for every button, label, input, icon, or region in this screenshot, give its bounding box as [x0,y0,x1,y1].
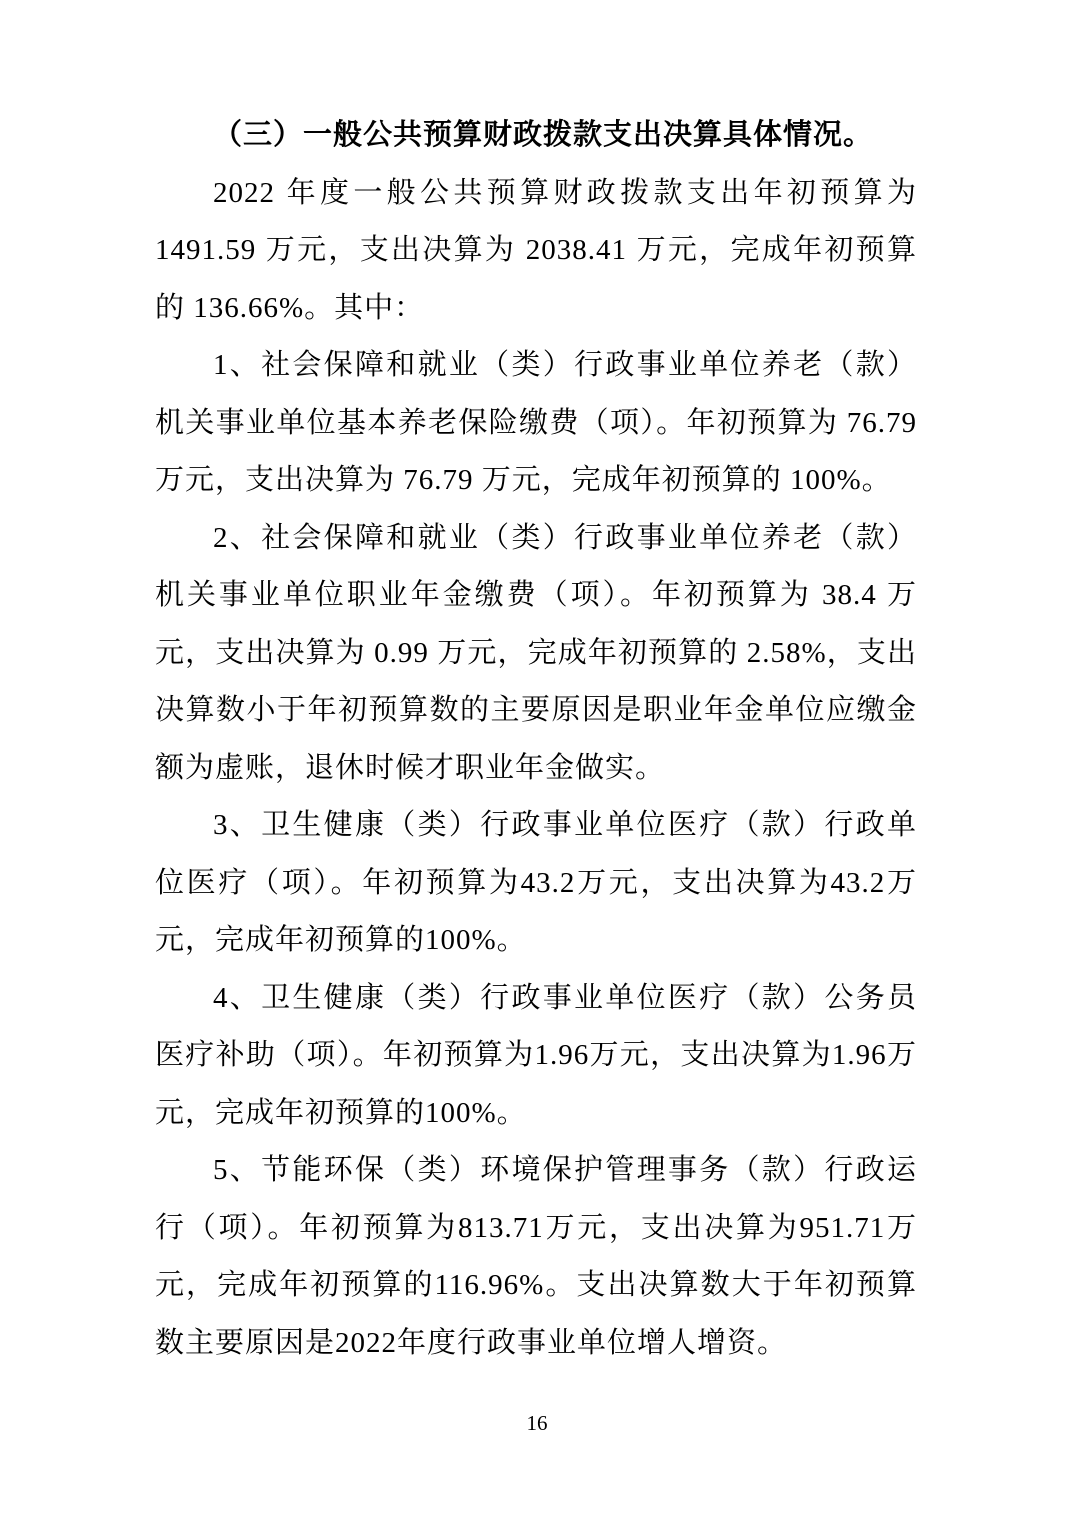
budget-item-5-paragraph: 5、节能环保（类）环境保护管理事务（款）行政运行（项）。年初预算为813.71万… [155,1142,917,1372]
budget-item-2-paragraph: 2、社会保障和就业（类）行政事业单位养老（款）机关事业单位职业年金缴费（项）。年… [155,510,917,798]
section-heading: （三）一般公共预算财政拨款支出决算具体情况。 [155,107,917,165]
budget-item-3-paragraph: 3、卫生健康（类）行政事业单位医疗（款）行政单位医疗（项）。年初预算为43.2万… [155,797,917,970]
document-body: （三）一般公共预算财政拨款支出决算具体情况。 2022 年度一般公共预算财政拨款… [155,107,917,1372]
budget-item-4-paragraph: 4、卫生健康（类）行政事业单位医疗（款）公务员医疗补助（项）。年初预算为1.96… [155,970,917,1143]
intro-paragraph: 2022 年度一般公共预算财政拨款支出年初预算为 1491.59 万元，支出决算… [155,165,917,338]
budget-item-1-paragraph: 1、社会保障和就业（类）行政事业单位养老（款）机关事业单位基本养老保险缴费（项）… [155,337,917,510]
page-number: 16 [0,1411,1074,1436]
document-page: （三）一般公共预算财政拨款支出决算具体情况。 2022 年度一般公共预算财政拨款… [0,0,1074,1520]
